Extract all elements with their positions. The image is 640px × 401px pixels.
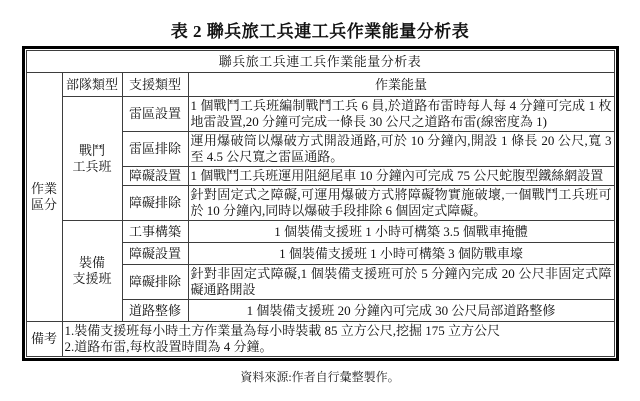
remarks-cell: 1.裝備支援班每小時土方作業量為每小時裝載 85 立方公尺,挖掘 175 立方公… bbox=[62, 322, 614, 357]
capacity-cell: 針對非固定式障礙,1 個裝備支援班可於 5 分鐘內完成 20 公尺非固定式障礙通… bbox=[188, 265, 614, 300]
support-type-cell: 工事構築 bbox=[122, 221, 188, 243]
support-type-cell: 障礙設置 bbox=[122, 243, 188, 265]
support-type-cell: 障礙排除 bbox=[122, 186, 188, 221]
table-caption-row: 聯兵旅工兵連工兵作業能量分析表 bbox=[26, 51, 614, 73]
capacity-cell: 運用爆破筒以爆破方式開設通路,可於 10 分鐘內,開設 1 條長 20 公尺,寬… bbox=[188, 132, 614, 167]
capacity-cell: 1 個裝備支援班 1 小時可構築 3 個防戰車壕 bbox=[188, 243, 614, 265]
support-type-cell: 雷區設置 bbox=[122, 97, 188, 132]
analysis-table-frame: 聯兵旅工兵連工兵作業能量分析表 作業 區分 部隊類型 支援類型 作業能量 戰鬥 … bbox=[22, 46, 619, 361]
capacity-cell: 1 個戰鬥工兵班編制戰鬥工兵 6 員,於道路布雷時每人每 4 分鐘可完成 1 枚… bbox=[188, 97, 614, 132]
header-area: 作業 區分 bbox=[26, 73, 62, 322]
remark-line-1: 1.裝備支援班每小時土方作業量為每小時裝載 85 立方公尺,挖掘 175 立方公… bbox=[65, 323, 612, 339]
support-type-cell: 雷區排除 bbox=[122, 132, 188, 167]
table-caption: 聯兵旅工兵連工兵作業能量分析表 bbox=[26, 51, 614, 73]
capacity-cell: 1 個裝備支援班 1 小時可構築 3.5 個戰車掩體 bbox=[188, 221, 614, 243]
unit-combat-engineer-squad: 戰鬥 工兵班 bbox=[62, 97, 122, 221]
support-type-cell: 障礙排除 bbox=[122, 265, 188, 300]
remark-line-2: 2.道路布雷,每枚設置時間為 4 分鐘。 bbox=[65, 339, 612, 355]
support-type-cell: 障礙設置 bbox=[122, 167, 188, 186]
support-type-cell: 道路整修 bbox=[122, 300, 188, 322]
source-note: 資料來源:作者自行彙整製作。 bbox=[0, 368, 640, 385]
capacity-cell: 針對固定式之障礙,可運用爆破方式將障礙物實施破壞,一個戰鬥工兵班可於 10 分鐘… bbox=[188, 186, 614, 221]
capacity-cell: 1 個裝備支援班 20 分鐘內可完成 30 公尺局部道路整修 bbox=[188, 300, 614, 322]
header-capacity: 作業能量 bbox=[188, 73, 614, 97]
header-row: 作業 區分 部隊類型 支援類型 作業能量 bbox=[26, 73, 614, 97]
analysis-table: 聯兵旅工兵連工兵作業能量分析表 作業 區分 部隊類型 支援類型 作業能量 戰鬥 … bbox=[26, 50, 615, 357]
table-row: 裝備 支援班 工事構築 1 個裝備支援班 1 小時可構築 3.5 個戰車掩體 bbox=[26, 221, 614, 243]
header-support-type: 支援類型 bbox=[122, 73, 188, 97]
header-unit-type: 部隊類型 bbox=[62, 73, 122, 97]
capacity-cell: 1 個戰鬥工兵班運用阻絕尾車 10 分鐘內可完成 75 公尺蛇腹型鐵絲網設置 bbox=[188, 167, 614, 186]
table-row: 戰鬥 工兵班 雷區設置 1 個戰鬥工兵班編制戰鬥工兵 6 員,於道路布雷時每人每… bbox=[26, 97, 614, 132]
unit-equipment-support-squad: 裝備 支援班 bbox=[62, 221, 122, 322]
remark-label: 備考 bbox=[26, 322, 62, 357]
remarks-row: 備考 1.裝備支援班每小時土方作業量為每小時裝載 85 立方公尺,挖掘 175 … bbox=[26, 322, 614, 357]
page-title: 表 2 聯兵旅工兵連工兵作業能量分析表 bbox=[0, 17, 640, 42]
